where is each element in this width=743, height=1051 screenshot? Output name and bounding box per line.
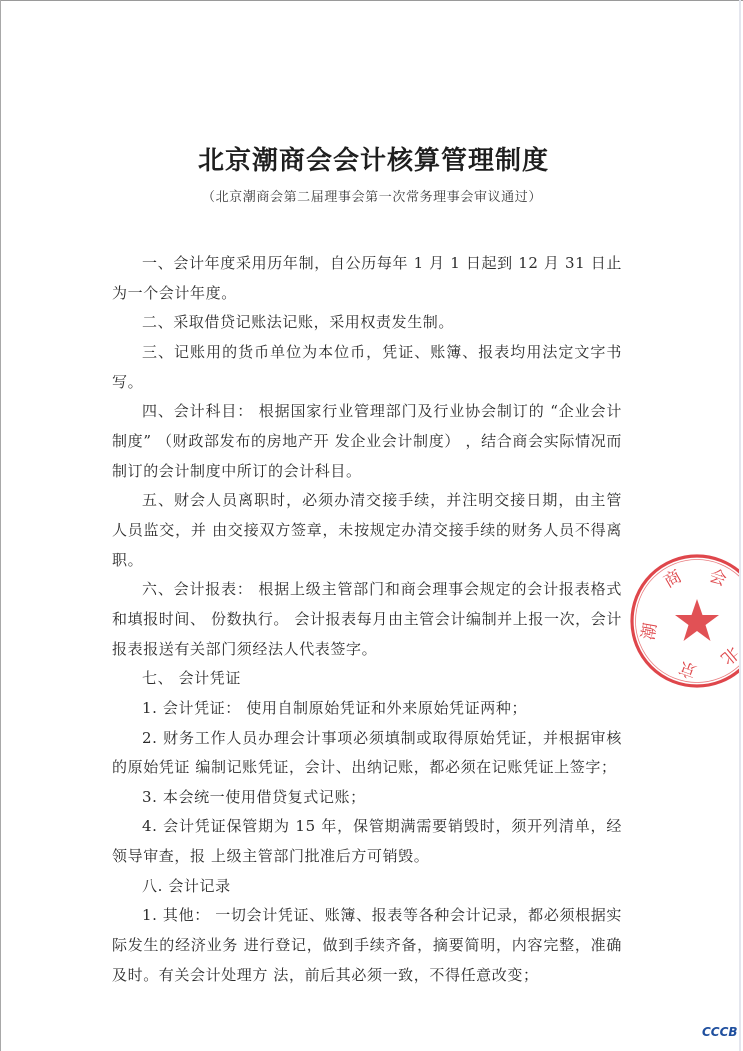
cccb-logo: CCCB — [702, 1025, 738, 1039]
list-item-records-1: 1. 其他： 一切会计凭证、账簿、报表等各种会计记录，都必须根据实际发生的经济业… — [112, 901, 622, 990]
official-seal: 商 会 潮 京 北 — [626, 552, 743, 692]
paragraph-bookkeeping-method: 二、采取借贷记账法记账，采用权责发生制。 — [112, 308, 622, 338]
list-item-voucher-1: 1. 会计凭证： 使用自制原始凭证和外来原始凭证两种； — [112, 694, 622, 724]
document-title: 北京潮商会会计核算管理制度 — [0, 140, 743, 177]
seal-char-bei: 北 — [717, 642, 743, 668]
list-item-voucher-4: 4. 会计凭证保管期为 15 年，保管期满需要销毁时，须开列清单，经领导审查，报… — [112, 812, 622, 871]
document-body: 一、会计年度采用历年制，自公历每年 1 月 1 日起到 12 月 31 日止为一… — [112, 249, 622, 990]
paragraph-currency: 三、记账用的货币单位为本位币，凭证、账簿、报表均用法定文字书写。 — [112, 338, 622, 397]
section-heading-records: 八. 会计记录 — [112, 872, 622, 902]
seal-char-chao: 潮 — [638, 621, 661, 641]
list-item-voucher-3: 3. 本会统一使用借贷复式记账； — [112, 783, 622, 813]
paragraph-accounting-reports: 六、会计报表： 根据上级主管部门和商会理事会规定的会计报表格式和填报时间、 份数… — [112, 575, 622, 664]
paragraph-staff-handover: 五、财会人员离职时，必须办清交接手续，并注明交接日期，由主管人员监交，并 由交接… — [112, 486, 622, 575]
seal-char-shang: 商 — [661, 567, 686, 593]
seal-graphic: 商 会 潮 京 北 — [626, 552, 743, 692]
seal-char-jing: 京 — [676, 657, 699, 682]
document-subtitle: （北京潮商会第二届理事会第一次常务理事会审议通过） — [0, 186, 743, 205]
list-item-voucher-2: 2. 财务工作人员办理会计事项必须填制或取得原始凭证，并根据审核的原始凭证 编制… — [112, 724, 622, 783]
page-border-top — [0, 0, 743, 1]
star-icon — [675, 599, 719, 641]
section-heading-vouchers: 七、 会计凭证 — [112, 664, 622, 694]
paragraph-fiscal-year: 一、会计年度采用历年制，自公历每年 1 月 1 日起到 12 月 31 日止为一… — [112, 249, 622, 308]
seal-char-hui: 会 — [706, 566, 729, 591]
paragraph-accounting-subjects: 四、会计科目： 根据国家行业管理部门及行业协会制订的 “企业会计制度” （财政部… — [112, 397, 622, 486]
